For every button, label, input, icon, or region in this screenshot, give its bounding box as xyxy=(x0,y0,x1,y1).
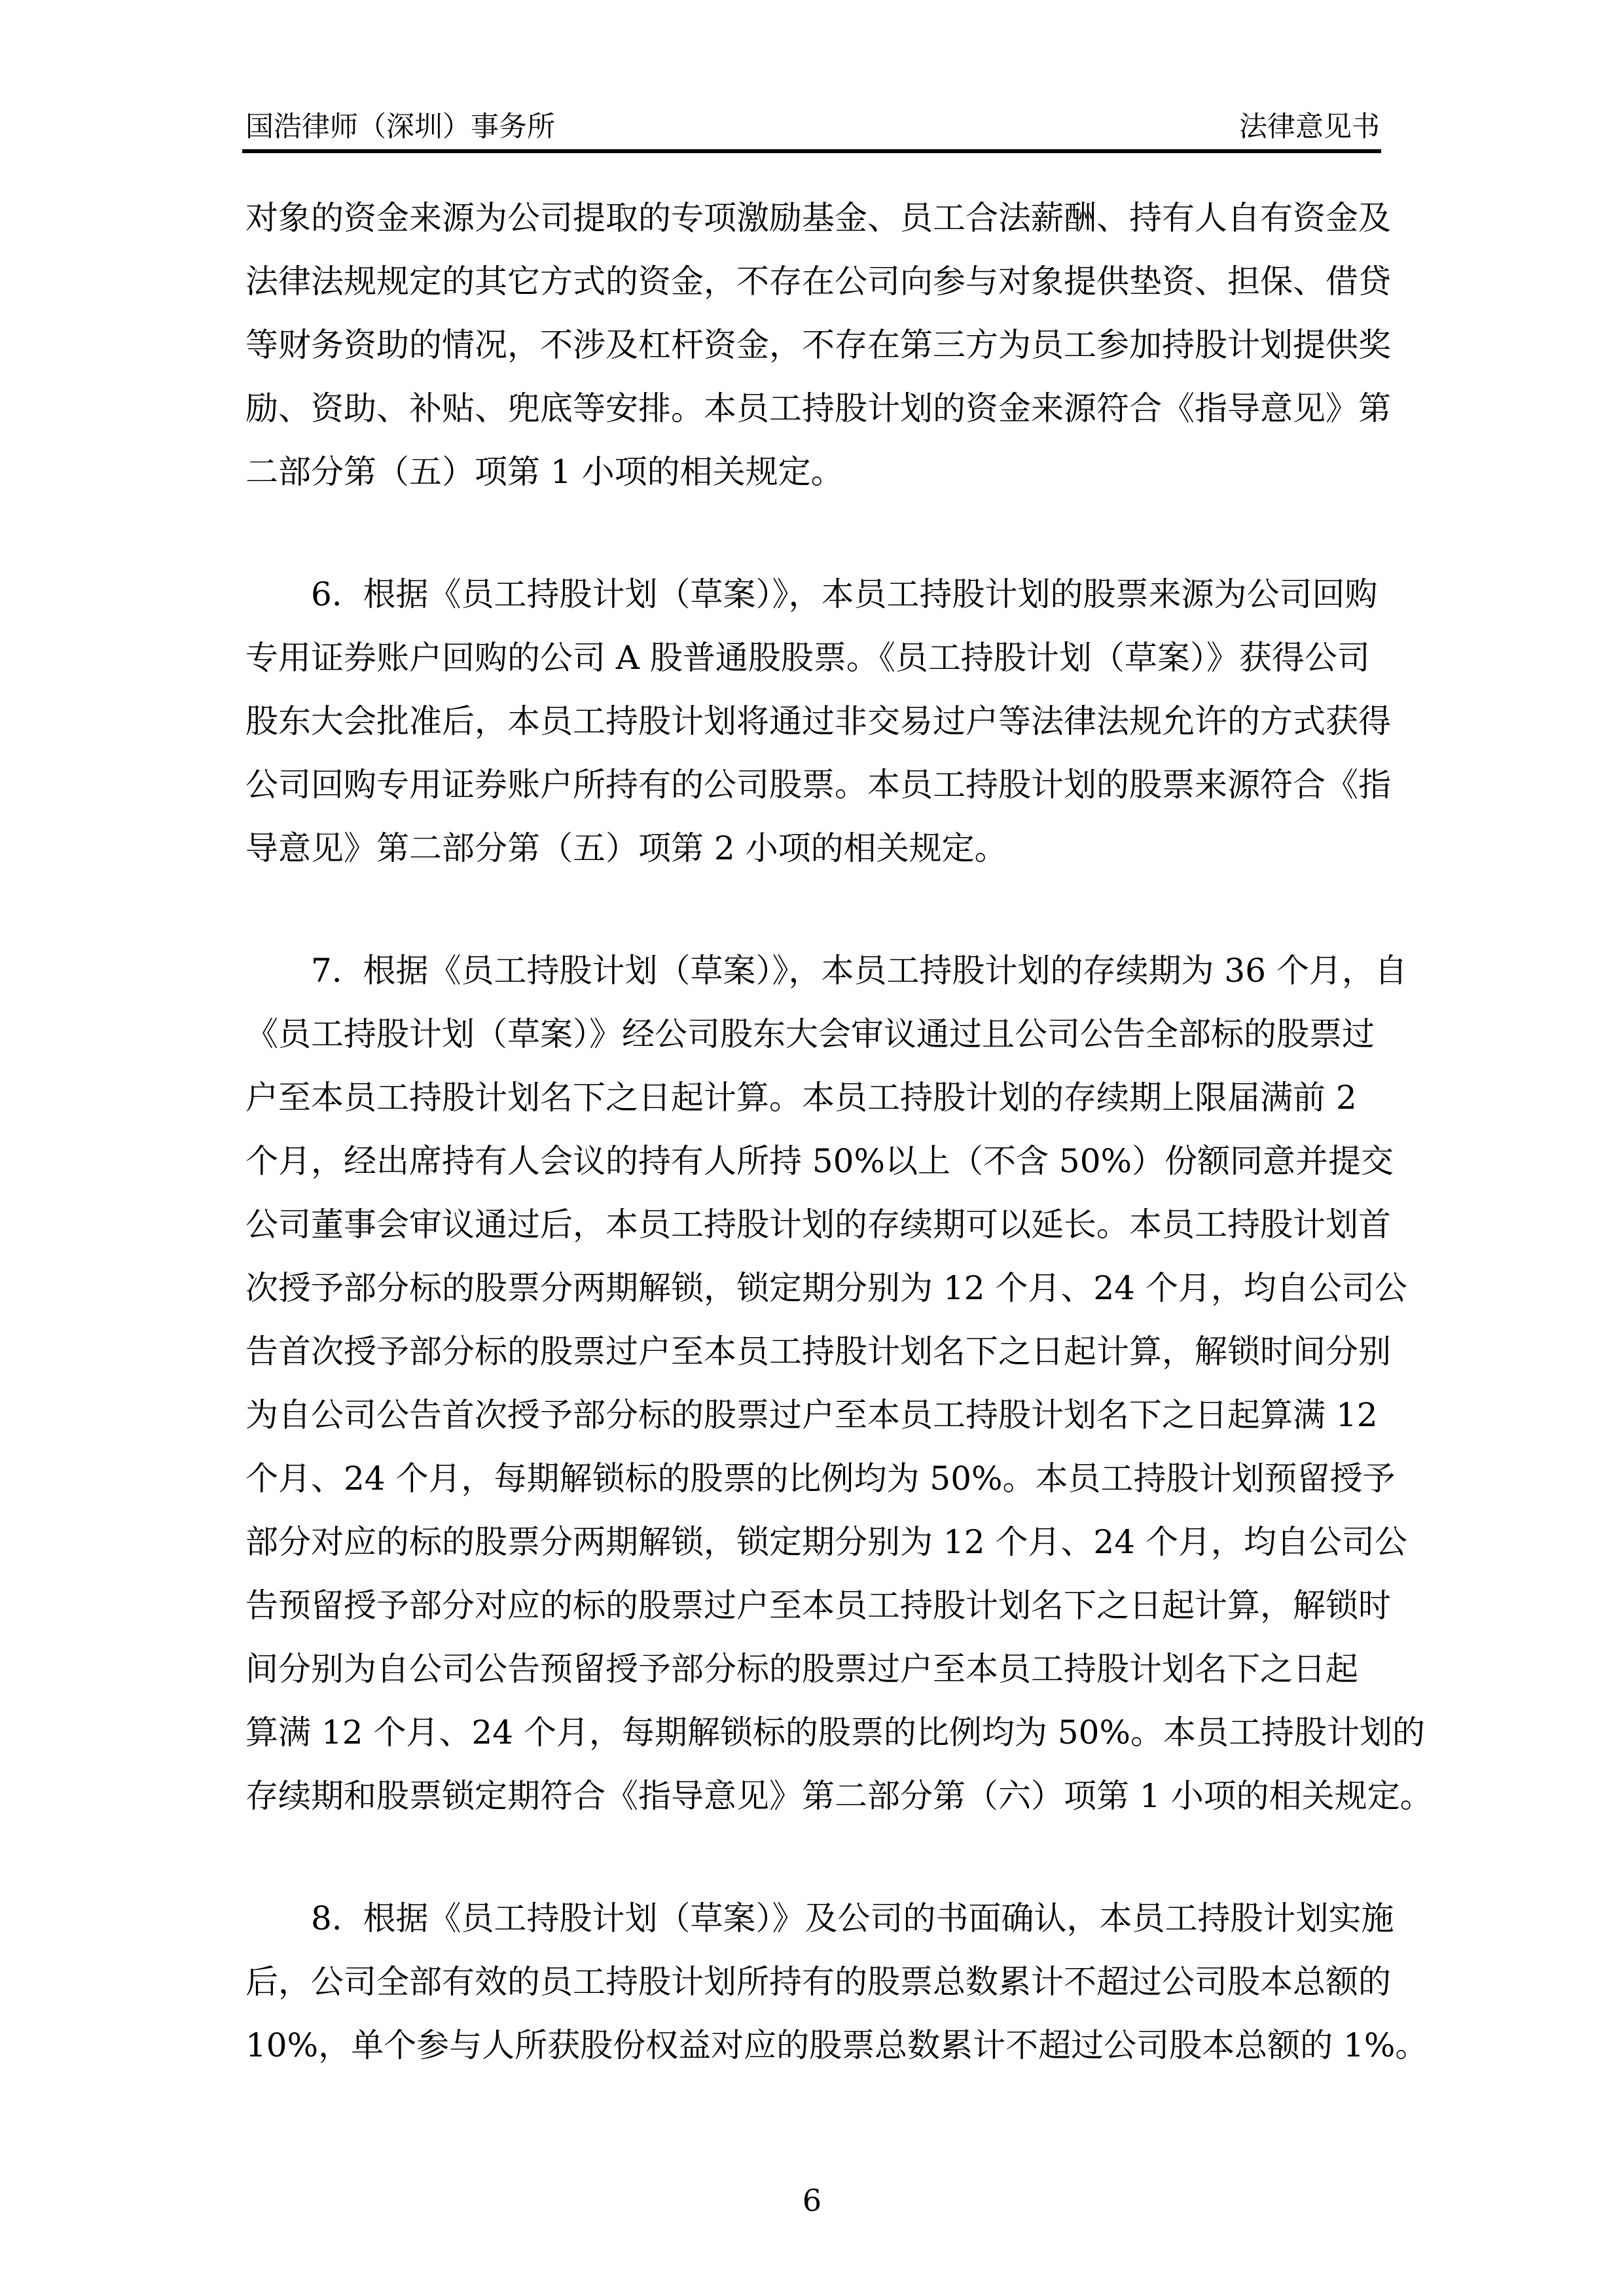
paragraph-7: 7. 根据《员工持股计划（草案）》，本员工持股计划的存续期为 36 个月，自《员… xyxy=(245,939,1380,1828)
text-line: 告预留授予部分对应的标的股票过户至本员工持股计划名下之日起计算，解锁时 xyxy=(245,1574,1380,1638)
text-line: 《员工持股计划（草案）》经公司股东大会审议通过且公司公告全部标的股票过 xyxy=(245,1003,1380,1066)
text-line: 专用证券账户回购的公司 A 股普通股股票。《员工持股计划（草案）》获得公司 xyxy=(245,626,1380,690)
header-divider xyxy=(242,149,1381,153)
text-line: 公司董事会审议通过后，本员工持股计划的存续期可以延长。本员工持股计划首 xyxy=(245,1193,1380,1257)
text-line: 次授予部分标的股票分两期解锁，锁定期分别为 12 个月、24 个月，均自公司公 xyxy=(245,1257,1380,1320)
text-line: 后，公司全部有效的员工持股计划所持有的股票总数累计不超过公司股本总额的 xyxy=(245,1950,1380,2014)
paragraph-continuation: 对象的资金来源为公司提取的专项激励基金、员工合法薪酬、持有人自有资金及法律法规规… xyxy=(245,187,1380,504)
text-line: 部分对应的标的股票分两期解锁，锁定期分别为 12 个月、24 个月，均自公司公 xyxy=(245,1511,1380,1574)
text-line: 法律法规规定的其它方式的资金，不存在公司向参与对象提供垫资、担保、借贷 xyxy=(245,250,1380,314)
text-line: 10%，单个参与人所获股份权益对应的股票总数累计不超过公司股本总额的 1%。 xyxy=(245,2014,1380,2077)
text-line: 7. 根据《员工持股计划（草案）》，本员工持股计划的存续期为 36 个月，自 xyxy=(245,939,1380,1003)
text-line: 算满 12 个月、24 个月，每期解锁标的股票的比例均为 50%。本员工持股计划… xyxy=(245,1701,1380,1765)
text-line: 为自公司公告首次授予部分标的股票过户至本员工持股计划名下之日起算满 12 xyxy=(245,1384,1380,1447)
header-firm-name: 国浩律师（深圳）事务所 xyxy=(245,110,555,144)
document-body: 对象的资金来源为公司提取的专项激励基金、员工合法薪酬、持有人自有资金及法律法规规… xyxy=(245,187,1380,2077)
text-line: 对象的资金来源为公司提取的专项激励基金、员工合法薪酬、持有人自有资金及 xyxy=(245,187,1380,250)
text-line: 个月、24 个月，每期解锁标的股票的比例均为 50%。本员工持股计划预留授予 xyxy=(245,1447,1380,1511)
page-number: 6 xyxy=(803,2183,821,2218)
text-line: 股东大会批准后，本员工持股计划将通过非交易过户等法律法规允许的方式获得 xyxy=(245,690,1380,753)
text-line: 告首次授予部分标的股票过户至本员工持股计划名下之日起计算，解锁时间分别 xyxy=(245,1320,1380,1384)
text-line: 导意见》第二部分第（五）项第 2 小项的相关规定。 xyxy=(245,817,1380,880)
document-page: 国浩律师（深圳）事务所 法律意见书 对象的资金来源为公司提取的专项激励基金、员工… xyxy=(0,0,1624,2296)
text-line: 6. 根据《员工持股计划（草案）》，本员工持股计划的股票来源为公司回购 xyxy=(245,563,1380,626)
text-line: 存续期和股票锁定期符合《指导意见》第二部分第（六）项第 1 小项的相关规定。 xyxy=(245,1765,1380,1828)
text-line: 8. 根据《员工持股计划（草案）》及公司的书面确认，本员工持股计划实施 xyxy=(245,1887,1380,1950)
text-line: 户至本员工持股计划名下之日起计算。本员工持股计划的存续期上限届满前 2 xyxy=(245,1066,1380,1130)
paragraph-6: 6. 根据《员工持股计划（草案）》，本员工持股计划的股票来源为公司回购专用证券账… xyxy=(245,563,1380,880)
page-header: 国浩律师（深圳）事务所 法律意见书 xyxy=(245,110,1380,144)
text-line: 公司回购专用证券账户所持有的公司股票。本员工持股计划的股票来源符合《指 xyxy=(245,753,1380,817)
text-line: 等财务资助的情况，不涉及杠杆资金，不存在第三方为员工参加持股计划提供奖 xyxy=(245,314,1380,377)
header-doc-type: 法律意见书 xyxy=(1239,110,1380,144)
page-footer: 6 xyxy=(0,2181,1624,2220)
paragraph-8: 8. 根据《员工持股计划（草案）》及公司的书面确认，本员工持股计划实施后，公司全… xyxy=(245,1887,1380,2077)
text-line: 二部分第（五）项第 1 小项的相关规定。 xyxy=(245,440,1380,504)
text-line: 间分别为自公司公告预留授予部分标的股票过户至本员工持股计划名下之日起 xyxy=(245,1638,1380,1701)
text-line: 个月，经出席持有人会议的持有人所持 50%以上（不含 50%）份额同意并提交 xyxy=(245,1130,1380,1193)
text-line: 励、资助、补贴、兜底等安排。本员工持股计划的资金来源符合《指导意见》第 xyxy=(245,377,1380,440)
